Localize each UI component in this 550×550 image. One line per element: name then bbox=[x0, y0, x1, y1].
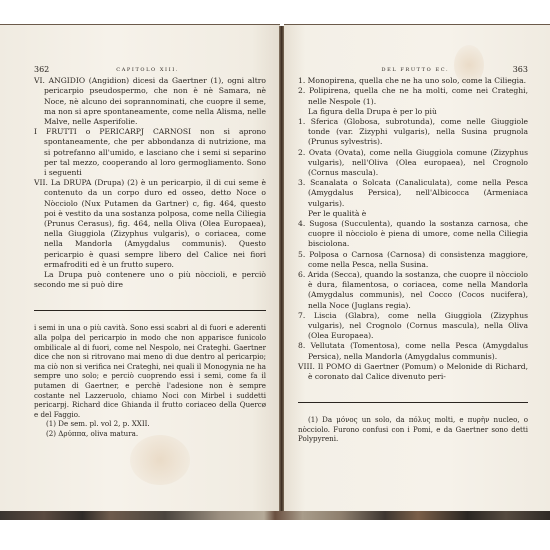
footnote-2: (2) Δρύππα, oliva matura. bbox=[34, 429, 266, 439]
running-head: CAPITOLO XIII. bbox=[116, 65, 179, 75]
paragraph-drupa-noccioli: La Drupa può contenere uno o più nòcciol… bbox=[34, 270, 266, 290]
footnote-divider bbox=[34, 310, 266, 311]
subheading-qualita: Per le qualità è bbox=[298, 209, 528, 219]
item-sferica: 1. Sferica (Globosa, subrotunda), come n… bbox=[298, 117, 528, 148]
item-arida: 6. Arida (Secca), quando la sostanza, ch… bbox=[298, 270, 528, 311]
item-polposa: 5. Polposa o Carnosa (Carnosa) di consis… bbox=[298, 250, 528, 270]
footnote-1: (1) Da μόνος un solo, da πόλυς molti, e … bbox=[298, 415, 528, 444]
left-page: 362 CAPITOLO XIII. VI. ANGIDIO (Angidion… bbox=[0, 24, 280, 513]
paragraph-angidio: VI. ANGIDIO (Angidion) dicesi da Gaertne… bbox=[34, 76, 266, 127]
item-polipirena: 2. Polipirena, quella che ne ha molti, c… bbox=[298, 86, 528, 106]
left-page-text: 362 CAPITOLO XIII. VI. ANGIDIO (Angidion… bbox=[34, 65, 266, 439]
left-running-header: 362 CAPITOLO XIII. bbox=[34, 65, 266, 75]
item-sugosa: 4. Sugosa (Succulenta), quando la sostan… bbox=[298, 219, 528, 250]
paragraph-drupa: VII. La DRUPA (Drupa) (2) è un pericarpi… bbox=[34, 178, 266, 270]
right-page-text: DEL FRUTTO EC. 363 1. Monopirena, quella… bbox=[298, 65, 528, 444]
paragraph-pomo: VIII. Il POMO di Gaertner (Pomum) o Melo… bbox=[298, 362, 528, 382]
page-number: 363 bbox=[513, 65, 528, 75]
page-number: 362 bbox=[34, 65, 49, 75]
running-head: DEL FRUTTO EC. bbox=[381, 65, 449, 75]
footnote-divider bbox=[298, 402, 528, 403]
item-vellutata: 8. Vellutata (Tomentosa), come nella Pes… bbox=[298, 341, 528, 361]
footnote-1: (1) De sem. pl. vol 2, p. XXII. bbox=[34, 419, 266, 429]
paragraph-frutti-carnosi: I FRUTTI o PERICARPJ CARNOSI non si apro… bbox=[34, 127, 266, 178]
item-scanalata: 3. Scanalata o Solcata (Canaliculata), c… bbox=[298, 178, 528, 209]
right-running-header: DEL FRUTTO EC. 363 bbox=[298, 65, 528, 75]
item-liscia: 7. Liscia (Glabra), come nella Giuggiola… bbox=[298, 311, 528, 342]
item-ovata: 2. Ovata (Ovata), come nella Giuggiola c… bbox=[298, 148, 528, 179]
footnote-continuation: i semi in una o più cavità. Sono essi sc… bbox=[34, 323, 266, 419]
subheading-figura: La figura della Drupa è per lo più bbox=[298, 107, 528, 117]
right-page: DEL FRUTTO EC. 363 1. Monopirena, quella… bbox=[284, 24, 550, 513]
foxing-stain bbox=[130, 435, 190, 485]
book-cover-edge bbox=[0, 511, 550, 520]
item-monopirena: 1. Monopirena, quella che ne ha uno solo… bbox=[298, 76, 528, 86]
